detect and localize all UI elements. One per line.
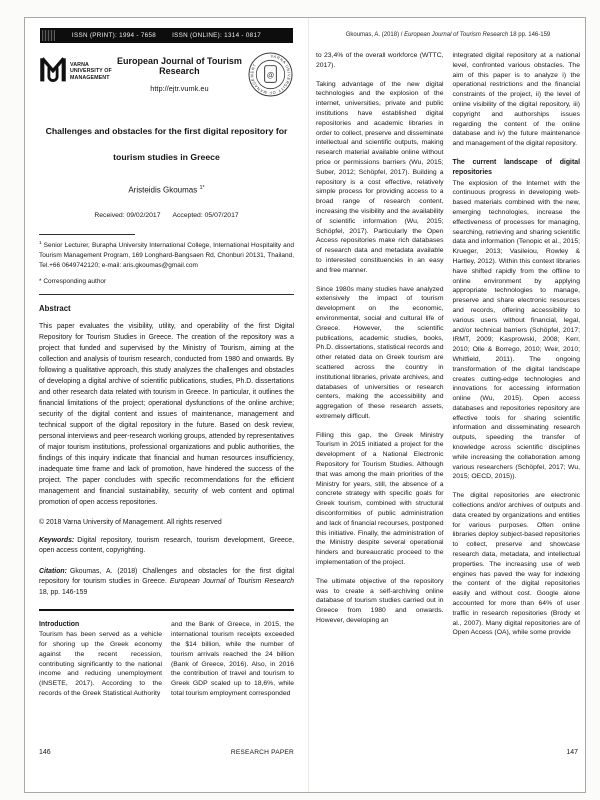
keywords-text: Digital repository, tourism research, to… xyxy=(39,537,294,555)
footnote-divider xyxy=(39,234,135,235)
logo-line: UNIVERSITY OF xyxy=(70,68,112,75)
seal-at-symbol: @ xyxy=(267,70,274,79)
logo-line: VARNA xyxy=(70,62,112,69)
running-head-pages: 18 pp. 146-159 xyxy=(508,32,550,38)
affiliation-footnote: 1Senior Lecturer, Burapha University Int… xyxy=(39,239,294,271)
introduction-columns: Introduction Tourism has been served as … xyxy=(39,620,294,707)
citation-pages: 18, pp. 146-159 xyxy=(39,589,87,596)
scan-artifact xyxy=(42,30,55,41)
issn-bar: ISSN (PRINT): 1994 - 7658 ISSN (ONLINE):… xyxy=(40,28,293,43)
citation-label: Citation: xyxy=(39,568,67,575)
running-head: Gkoumas, A. (2018) / European Journal of… xyxy=(316,32,580,38)
body-column-1: to 23,4% of the overall workforce (WTTC,… xyxy=(316,51,444,647)
abstract-text: This paper evaluates the visibility, uti… xyxy=(39,321,294,508)
journal-header: VARNA UNIVERSITY OF MANAGEMENT European … xyxy=(39,50,294,103)
paragraph: Filling this gap, the Greek Ministry Tou… xyxy=(316,431,444,568)
received-date: Received: 09/02/2017 xyxy=(94,212,160,219)
running-head-journal: European Journal of Tourism Research xyxy=(404,32,508,38)
paragraph: Since 1980s many studies have analyzed e… xyxy=(316,285,444,422)
introduction-heading: Introduction xyxy=(39,620,162,630)
paragraph: The ultimate objective of the repository… xyxy=(316,577,444,626)
body-columns: to 23,4% of the overall workforce (WTTC,… xyxy=(316,51,580,647)
citation-line: Citation:Gkoumas, A. (2018) Challenges a… xyxy=(39,567,294,599)
page-number: 147 xyxy=(566,749,578,756)
paragraph: The digital repositories are electronic … xyxy=(453,491,581,638)
journal-block: European Journal of Tourism Research htt… xyxy=(112,50,247,93)
paragraph: Taking advantage of the new digital tech… xyxy=(316,80,444,276)
page-number: 146 xyxy=(39,749,51,756)
author-line: Aristeidis Gkoumas 1* xyxy=(39,185,294,195)
author-name: Aristeidis Gkoumas xyxy=(128,186,197,195)
right-page: Gkoumas, A. (2018) / European Journal of… xyxy=(309,18,585,792)
citation-journal-name: European Journal of Tourism Research xyxy=(170,578,294,585)
dates-line: Received: 09/02/2017 Accepted: 05/07/201… xyxy=(39,212,294,219)
journal-title: European Journal of Tourism Research xyxy=(112,56,247,76)
journal-spread: ISSN (PRINT): 1994 - 7658 ISSN (ONLINE):… xyxy=(24,17,586,793)
copyright-line: © 2018 Varna University of Management. A… xyxy=(39,519,294,526)
paragraph: Tourism has been served as a vehicle for… xyxy=(39,630,162,699)
vum-logo: VARNA UNIVERSITY OF MANAGEMENT xyxy=(39,50,112,87)
corresponding-author-note: * Corresponding author xyxy=(39,278,294,285)
left-page: ISSN (PRINT): 1994 - 7658 ISSN (ONLINE):… xyxy=(25,18,309,792)
article-title-line: Challenges and obstacles for the first d… xyxy=(39,118,294,144)
intro-column-2: and the Bank of Greece, in 2015, the int… xyxy=(171,620,294,707)
logo-line: MANAGEMENT xyxy=(70,75,112,82)
running-head-author: Gkoumas, A. (2018) / xyxy=(346,32,404,38)
article-title-line: tourism studies in Greece xyxy=(39,144,294,170)
paragraph: and the Bank of Greece, in 2015, the int… xyxy=(171,620,294,698)
author-footnote-marker: 1* xyxy=(199,185,204,191)
issn-print: ISSN (PRINT): 1994 - 7658 xyxy=(72,32,156,39)
section-divider xyxy=(39,294,294,295)
paragraph: to 23,4% of the overall workforce (WTTC,… xyxy=(316,51,444,71)
vum-logo-text: VARNA UNIVERSITY OF MANAGEMENT xyxy=(70,62,112,82)
paragraph: The explosion of the Internet with the c… xyxy=(453,179,581,483)
left-page-footer: 146 RESEARCH PAPER xyxy=(39,749,294,756)
paper-type-label: RESEARCH PAPER xyxy=(231,749,294,756)
accepted-date: Accepted: 05/07/2017 xyxy=(173,212,239,219)
keywords-line: Keywords:Digital repository, tourism res… xyxy=(39,536,294,557)
affiliation-text: Senior Lecturer, Burapha University Inte… xyxy=(39,242,294,269)
university-seal-icon: VARNA UNIVERSITY OF MANAGEMENT @ xyxy=(247,51,294,103)
body-column-2: integrated digital repository at a natio… xyxy=(453,51,581,647)
article-title: Challenges and obstacles for the first d… xyxy=(39,118,294,170)
abstract-heading: Abstract xyxy=(39,304,294,313)
issn-online: ISSN (ONLINE): 1314 - 0817 xyxy=(172,32,261,39)
keywords-label: Keywords: xyxy=(39,537,74,544)
paragraph: integrated digital repository at a natio… xyxy=(453,51,581,149)
right-page-footer: 147 xyxy=(316,749,578,756)
intro-column-1: Introduction Tourism has been served as … xyxy=(39,620,162,707)
vum-monogram-icon xyxy=(39,56,67,87)
footnote-marker: 1 xyxy=(39,241,42,246)
section-heading: The current landscape of digital reposit… xyxy=(453,158,581,178)
body-divider xyxy=(39,609,294,611)
journal-url: http://ejtr.vumk.eu xyxy=(112,84,247,93)
